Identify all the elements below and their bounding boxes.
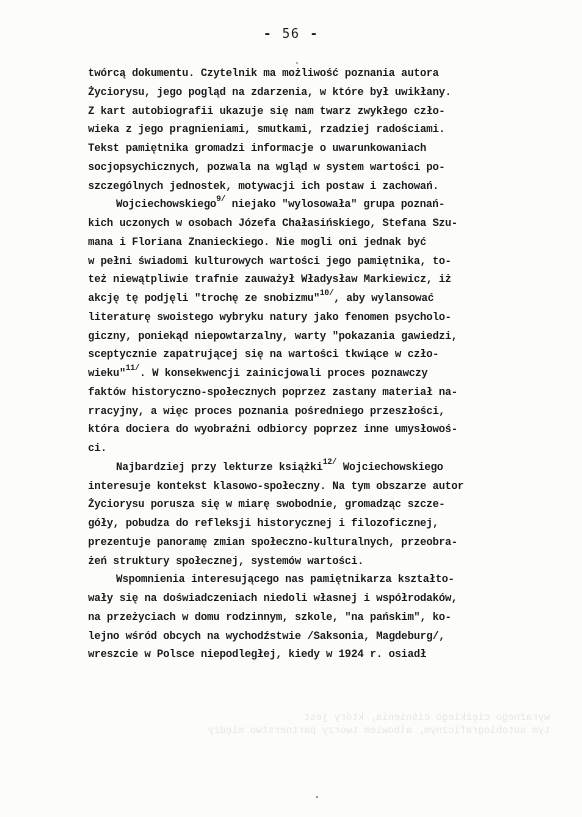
text-segment: wieku" — [88, 368, 126, 380]
bleed-through-text: wyraźnego ciężkiego ciśnienia, który jes… — [80, 712, 550, 738]
paragraph: Najbardziej przy lekturze książki12/ Woj… — [88, 459, 558, 572]
footnote-reference: 12/ — [323, 458, 337, 467]
text-segment: akcję tę podjęli "trochę ze snobizmu" — [88, 293, 320, 305]
text-line: Z kart autobiografii ukazuje się nam twa… — [88, 103, 558, 122]
footnote-reference: 9/ — [216, 195, 225, 204]
footnote-reference: 11/ — [126, 364, 140, 373]
text-line: mana i Floriana Znanieckiego. Nie mogli … — [88, 234, 558, 253]
text-line: wreszcie w Polsce niepodległej, kiedy w … — [88, 646, 558, 665]
text-segment: Wojciechowskiego — [337, 462, 443, 474]
document-page: -56- twórcą dokumentu. Czytelnik ma możl… — [0, 0, 582, 817]
text-line: w pełni świadomi kulturowych wartości je… — [88, 253, 558, 272]
text-segment: Wojciechowskiego — [116, 199, 216, 211]
text-line: też niewątpliwie trafnie zauważył Władys… — [88, 271, 558, 290]
text-line: Najbardziej przy lekturze książki12/ Woj… — [88, 459, 558, 478]
text-line: góły, pobudza do refleksji historycznej … — [88, 515, 558, 534]
paragraph: Wspomnienia interesującego nas pamiętnik… — [88, 571, 558, 665]
footnote-reference: 10/ — [320, 289, 334, 298]
page-number: -56- — [0, 27, 582, 42]
text-line: socjopsychicznych, pozwala na wgląd w sy… — [88, 159, 558, 178]
text-segment: niejako "wylosowała" grupa poznań- — [226, 199, 445, 211]
text-line: lejno wśród obcych na wychodźstwie /Saks… — [88, 628, 558, 647]
text-line: kich uczonych w osobach Józefa Chałasińs… — [88, 215, 558, 234]
text-line: Życiorysu porusza się w miarę swobodnie,… — [88, 496, 558, 515]
page-number-dash-right: - — [310, 27, 319, 42]
text-line: na przeżyciach w domu rodzinnym, szkole,… — [88, 609, 558, 628]
text-line: twórcą dokumentu. Czytelnik ma możliwość… — [88, 65, 558, 84]
paragraph: twórcą dokumentu. Czytelnik ma możliwość… — [88, 65, 558, 196]
text-line: Życiorysu, jego pogląd na zdarzenia, w k… — [88, 84, 558, 103]
text-line: giczny, poniekąd niepowtarzalny, warty "… — [88, 328, 558, 347]
paper-speck — [296, 62, 298, 64]
text-line: szczególnych jednostek, motywacji ich po… — [88, 178, 558, 197]
paper-speck — [316, 796, 318, 798]
text-line: akcję tę podjęli "trochę ze snobizmu"10/… — [88, 290, 558, 309]
text-line: prezentuje panoramę zmian społeczno-kult… — [88, 534, 558, 553]
text-line: która dociera do wyobraźni odbiorcy popr… — [88, 421, 558, 440]
page-number-dash-left: - — [263, 27, 272, 42]
page-number-value: 56 — [282, 27, 300, 42]
text-segment: . W konsekwencji zainicjowali proces poz… — [140, 368, 428, 380]
text-line: faktów historyczno-społecznych poprzez z… — [88, 384, 558, 403]
text-segment: , aby wylansować — [334, 293, 434, 305]
text-line: Wspomnienia interesującego nas pamiętnik… — [88, 571, 558, 590]
text-line: Tekst pamiętnika gromadzi informacje o u… — [88, 140, 558, 159]
paragraph: Wojciechowskiego9/ niejako "wylosowała" … — [88, 196, 558, 459]
text-line: interesuje kontekst klasowo-społeczny. N… — [88, 478, 558, 497]
body-text: twórcą dokumentu. Czytelnik ma możliwość… — [88, 65, 558, 665]
text-line: wały się na doświadczeniach niedoli włas… — [88, 590, 558, 609]
text-line: Wojciechowskiego9/ niejako "wylosowała" … — [88, 196, 558, 215]
text-line: wieku"11/. W konsekwencji zainicjowali p… — [88, 365, 558, 384]
text-line: sceptycznie zapatrującej się na wartości… — [88, 346, 558, 365]
text-segment: Najbardziej przy lekturze książki — [116, 462, 323, 474]
text-line: ci. — [88, 440, 558, 459]
text-line: literaturę swoistego wybryku natury jako… — [88, 309, 558, 328]
text-line: rracyjny, a więc proces poznania pośredn… — [88, 403, 558, 422]
text-line: żeń struktury społecznej, systemów warto… — [88, 553, 558, 572]
text-line: wieka z jego pragnieniami, smutkami, rza… — [88, 121, 558, 140]
